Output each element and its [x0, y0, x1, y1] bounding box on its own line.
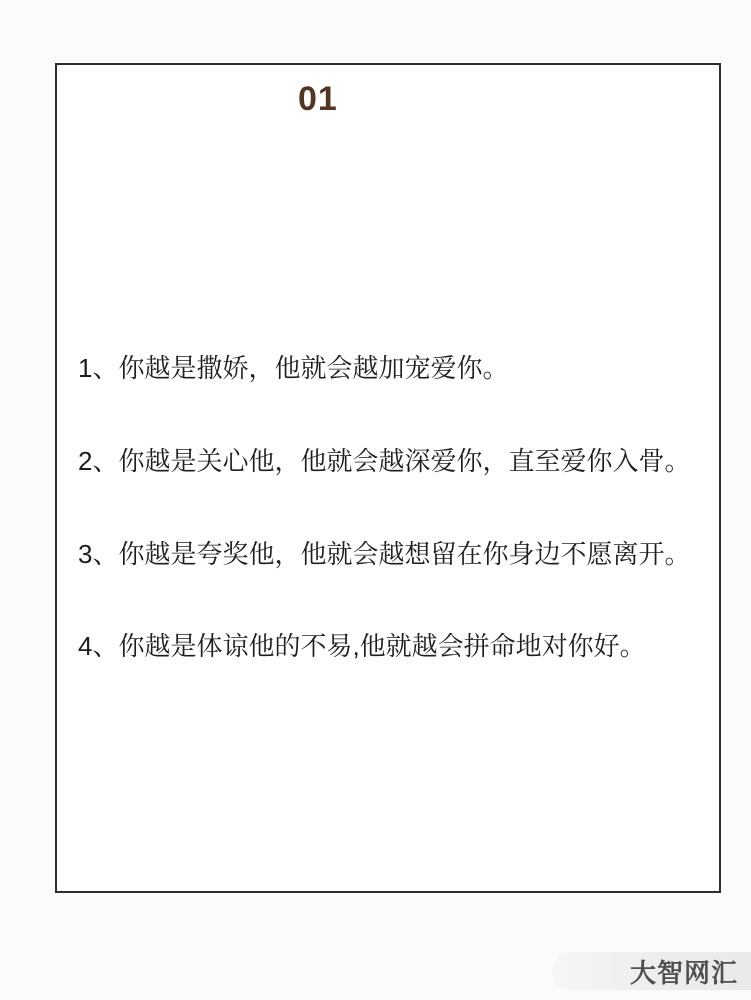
- quote-line-2: 2、你越是关心他，他就会越深爱你，直至爱你入骨。: [78, 445, 703, 477]
- quote-card-page: 01 1、你越是撒娇，他就会越加宠爱你。 2、你越是关心他，他就会越深爱你，直至…: [0, 0, 751, 1000]
- section-number: 01: [298, 81, 338, 117]
- quote-card: 01 1、你越是撒娇，他就会越加宠爱你。 2、你越是关心他，他就会越深爱你，直至…: [55, 63, 721, 893]
- quote-line-4: 4、你越是体谅他的不易,他就越会拼命地对你好。: [78, 630, 703, 662]
- watermark-label: 大智网汇: [630, 953, 738, 990]
- quote-line-1: 1、你越是撒娇，他就会越加宠爱你。: [78, 352, 703, 384]
- watermark-badge: 大智网汇: [552, 952, 751, 990]
- quote-line-3: 3、你越是夸奖他，他就会越想留在你身边不愿离开。: [78, 538, 703, 570]
